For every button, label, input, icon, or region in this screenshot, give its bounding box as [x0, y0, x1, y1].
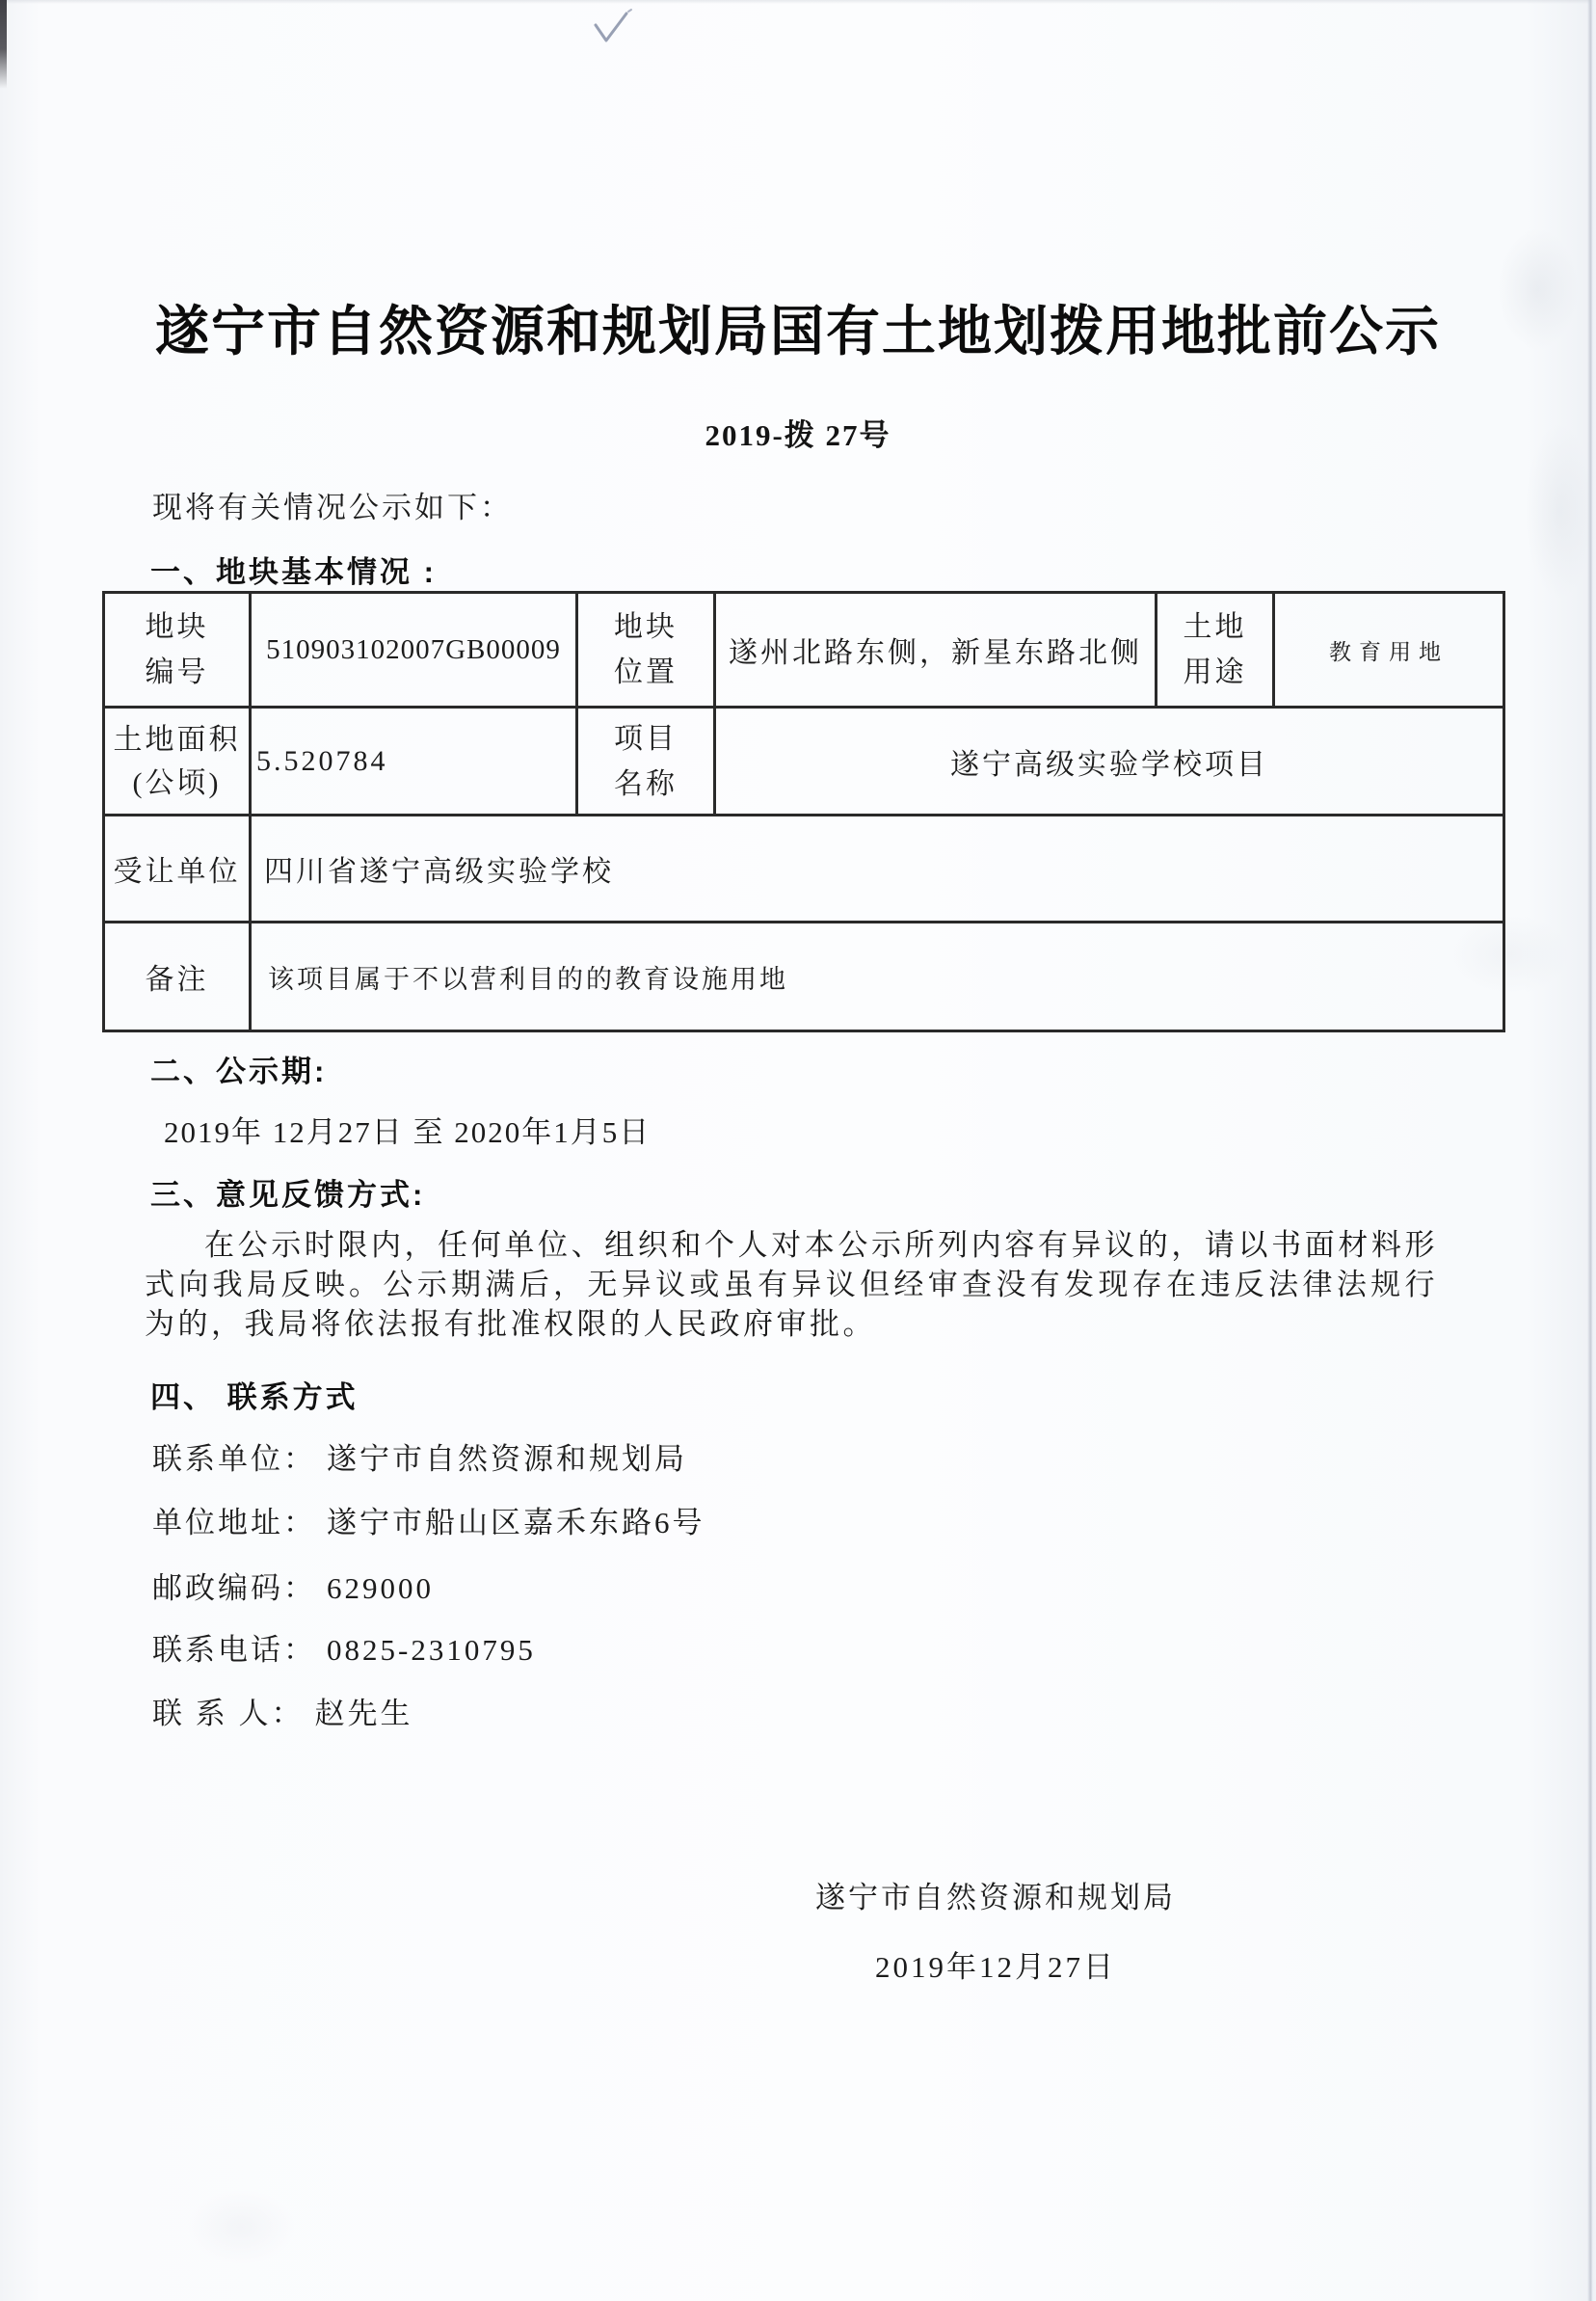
- contact-value: 遂宁市船山区嘉禾东路6号: [327, 1506, 705, 1539]
- document-title: 遂宁市自然资源和规划局国有土地划拨用地批前公示: [0, 289, 1596, 366]
- project-name-label-cell: 项目名称: [577, 708, 715, 816]
- contact-value: 遂宁市自然资源和规划局: [327, 1442, 687, 1476]
- contact-line-postcode: 邮政编码：629000: [152, 1564, 434, 1607]
- land-use-label: 土地用途: [1181, 604, 1250, 695]
- contact-value: 629000: [327, 1571, 434, 1605]
- remarks-label: 备注: [104, 923, 251, 1031]
- section2-heading: 二、公示期:: [150, 1047, 327, 1090]
- contact-value: 0825-2310795: [327, 1633, 536, 1667]
- plot-location-label-cell: 地块位置: [577, 593, 715, 708]
- publicity-period: 2019年 12月27日 至 2020年1月5日: [164, 1108, 651, 1151]
- remarks-value: 该项目属于不以营利目的的教育设施用地: [251, 923, 1504, 1031]
- table-row: 受让单位 四川省遂宁高级实验学校: [104, 816, 1504, 923]
- plot-number-value: 510903102007GB00009: [251, 593, 577, 708]
- contact-label: 联系单位：: [152, 1442, 316, 1476]
- section4-heading: 四、 联系方式: [150, 1373, 359, 1416]
- project-name-label: 项目名称: [611, 716, 680, 807]
- land-area-label: 土地面积(公顷): [108, 718, 246, 805]
- section3-heading: 三、意见反馈方式:: [150, 1170, 425, 1214]
- contact-label: 邮政编码：: [152, 1571, 316, 1605]
- plot-location-value: 遂州北路东侧，新星东路北侧: [715, 593, 1157, 708]
- plot-number-label: 地块编号: [143, 604, 212, 695]
- plot-location-label: 地块位置: [611, 604, 680, 695]
- project-name-value: 遂宁高级实验学校项目: [715, 708, 1504, 816]
- transferee-value: 四川省遂宁高级实验学校: [251, 816, 1504, 923]
- section1-heading: 一、地块基本情况 :: [150, 548, 437, 591]
- contact-value: 赵先生: [315, 1697, 413, 1730]
- contact-line-unit: 联系单位：遂宁市自然资源和规划局: [152, 1434, 687, 1478]
- contact-line-person: 联 系 人：赵先生: [152, 1689, 413, 1732]
- signature-org: 遂宁市自然资源和规划局: [706, 1873, 1285, 1916]
- scanned-document-page: 遂宁市自然资源和规划局国有土地划拨用地批前公示 2019-拨 27号 现将有关情…: [0, 0, 1596, 2301]
- land-area-label-cell: 土地面积(公顷): [104, 708, 251, 816]
- contact-label: 单位地址：: [152, 1506, 316, 1539]
- signature-date: 2019年12月27日: [706, 1942, 1285, 1986]
- document-number: 2019-拨 27号: [0, 411, 1596, 454]
- land-use-value: 教育用地: [1274, 593, 1504, 708]
- contact-line-address: 单位地址：遂宁市船山区嘉禾东路6号: [152, 1498, 705, 1541]
- scan-artifact-corner-streak: [0, 0, 7, 89]
- plot-number-label-cell: 地块编号: [104, 593, 251, 708]
- feedback-paragraph: 在公示时限内，任何单位、组织和个人对本公示所列内容有异议的，请以书面材料形式向我…: [145, 1225, 1438, 1344]
- land-info-table: 地块编号 510903102007GB00009 地块位置 遂州北路东侧，新星东…: [102, 591, 1505, 1032]
- table-row: 土地面积(公顷) 5.520784 项目名称 遂宁高级实验学校项目: [104, 708, 1504, 816]
- pen-checkmark-icon: [590, 8, 634, 50]
- contact-line-phone: 联系电话：0825-2310795: [152, 1625, 536, 1669]
- contact-label: 联系电话：: [152, 1633, 316, 1667]
- table-row: 地块编号 510903102007GB00009 地块位置 遂州北路东侧，新星东…: [104, 593, 1504, 708]
- intro-line: 现将有关情况公示如下：: [152, 483, 513, 526]
- contact-label: 联 系 人：: [152, 1697, 305, 1730]
- land-use-label-cell: 土地用途: [1157, 593, 1274, 708]
- land-area-value: 5.520784: [251, 708, 577, 816]
- signature-block: 遂宁市自然资源和规划局 2019年12月27日: [706, 1873, 1285, 1986]
- table-row: 备注 该项目属于不以营利目的的教育设施用地: [104, 923, 1504, 1031]
- transferee-label: 受让单位: [104, 816, 251, 923]
